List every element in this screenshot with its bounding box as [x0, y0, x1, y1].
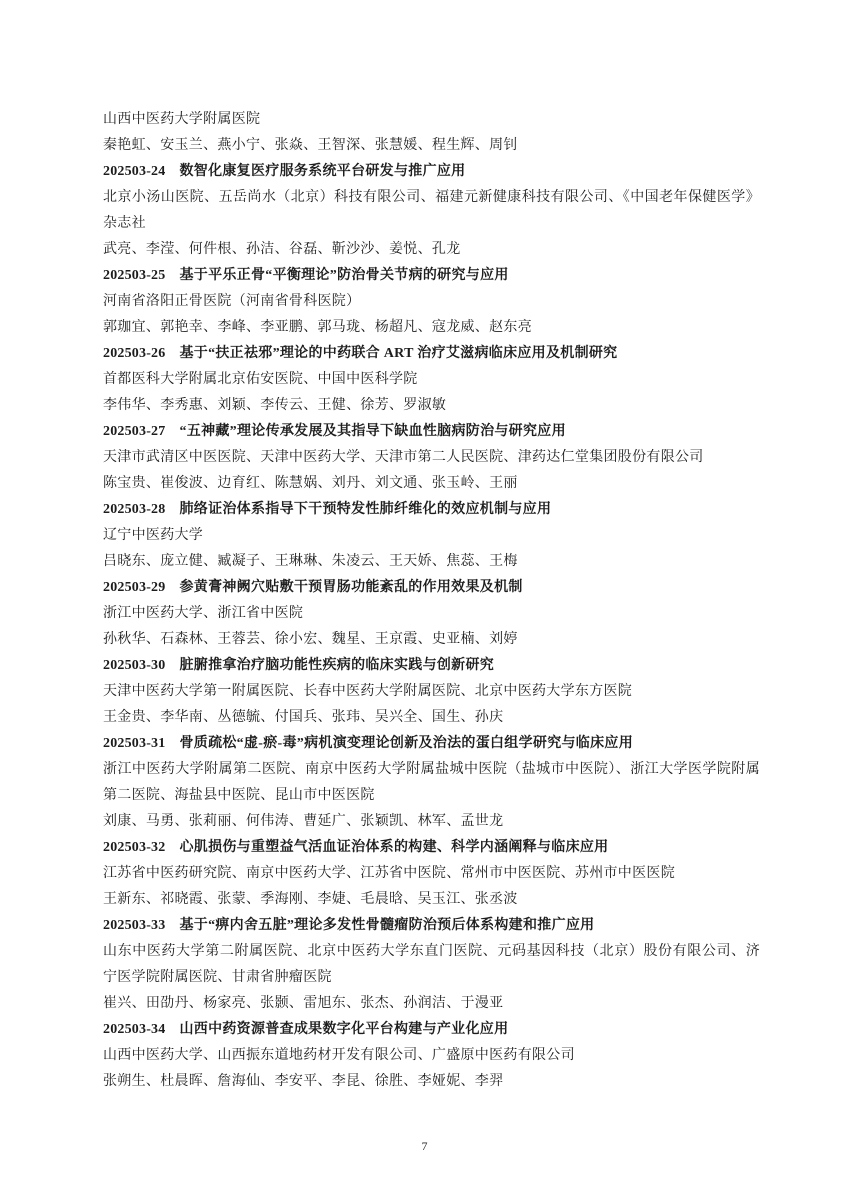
entry-title: 参黄膏神阙穴贴敷干预胃肠功能紊乱的作用效果及机制: [179, 580, 522, 595]
award-entry: 202503-32心肌损伤与重塑益气活血证治体系的构建、科学内涵阐释与临床应用 …: [103, 835, 760, 913]
entry-title: 数智化康复医疗服务系统平台研发与推广应用: [179, 164, 465, 179]
award-entry: 202503-34山西中药资源普查成果数字化平台构建与产业化应用 山西中医药大学…: [103, 1017, 760, 1095]
award-entry: 202503-25基于平乐正骨“平衡理论”防治骨关节病的研究与应用 河南省洛阳正…: [103, 263, 760, 341]
award-entry: 202503-24数智化康复医疗服务系统平台研发与推广应用 北京小汤山医院、五岳…: [103, 159, 760, 263]
entry-title: 脏腑推拿治疗脑功能性疾病的临床实践与创新研究: [179, 658, 494, 673]
entry-heading: 202503-30脏腑推拿治疗脑功能性疾病的临床实践与创新研究: [103, 653, 760, 679]
entry-id: 202503-27: [103, 424, 165, 439]
entry-id: 202503-25: [103, 268, 165, 283]
page-footer: 7: [0, 1137, 849, 1155]
entry-institutions: 浙江中医药大学附属第二医院、南京中医药大学附属盐城中医院（盐城市中医院）、浙江大…: [103, 757, 760, 809]
entry-institutions: 浙江中医药大学、浙江省中医院: [103, 601, 760, 627]
entry-authors: 刘康、马勇、张莉丽、何伟涛、曹延广、张颖凯、林军、孟世龙: [103, 809, 760, 835]
entry-title: 基于“扶正祛邪”理论的中药联合 ART 治疗艾滋病临床应用及机制研究: [179, 346, 617, 361]
award-entry: 202503-30脏腑推拿治疗脑功能性疾病的临床实践与创新研究 天津中医药大学第…: [103, 653, 760, 731]
entry-authors: 陈宝贵、崔俊波、边育红、陈慧娲、刘丹、刘文通、张玉岭、王丽: [103, 471, 760, 497]
entry-heading: 202503-29参黄膏神阙穴贴敷干预胃肠功能紊乱的作用效果及机制: [103, 575, 760, 601]
entry-heading: 202503-24数智化康复医疗服务系统平台研发与推广应用: [103, 159, 760, 185]
entry-title: 山西中药资源普查成果数字化平台构建与产业化应用: [179, 1022, 508, 1037]
entry-institutions: 天津市武清区中医医院、天津中医药大学、天津市第二人民医院、津药达仁堂集团股份有限…: [103, 445, 760, 471]
entry-id: 202503-26: [103, 346, 165, 361]
entry-heading: 202503-25基于平乐正骨“平衡理论”防治骨关节病的研究与应用: [103, 263, 760, 289]
carryover-institutions: 山西中医药大学附属医院: [103, 107, 760, 133]
award-entry: 202503-28肺络证治体系指导下干预特发性肺纤维化的效应机制与应用 辽宁中医…: [103, 497, 760, 575]
carryover-block: 山西中医药大学附属医院 秦艳虹、安玉兰、燕小宁、张焱、王智深、张慧媛、程生辉、周…: [103, 107, 760, 159]
entry-heading: 202503-33基于“痹内舍五脏”理论多发性骨髓瘤防治预后体系构建和推广应用: [103, 913, 760, 939]
award-entry: 202503-27“五神藏”理论传承发展及其指导下缺血性脑病防治与研究应用 天津…: [103, 419, 760, 497]
entry-institutions: 辽宁中医药大学: [103, 523, 760, 549]
entry-authors: 王新东、祁晓霞、张蒙、季海刚、李婕、毛晨晗、吴玉江、张丞波: [103, 887, 760, 913]
entries: 202503-24数智化康复医疗服务系统平台研发与推广应用 北京小汤山医院、五岳…: [103, 159, 760, 1095]
entry-institutions: 天津中医药大学第一附属医院、长春中医药大学附属医院、北京中医药大学东方医院: [103, 679, 760, 705]
entry-authors: 王金贵、李华南、丛德毓、付国兵、张玮、吴兴全、国生、孙庆: [103, 705, 760, 731]
entry-institutions: 江苏省中医药研究院、南京中医药大学、江苏省中医院、常州市中医医院、苏州市中医医院: [103, 861, 760, 887]
entry-institutions: 山西中医药大学、山西振东道地药材开发有限公司、广盛原中医药有限公司: [103, 1043, 760, 1069]
entry-id: 202503-31: [103, 736, 165, 751]
entry-heading: 202503-32心肌损伤与重塑益气活血证治体系的构建、科学内涵阐释与临床应用: [103, 835, 760, 861]
document-content: 山西中医药大学附属医院 秦艳虹、安玉兰、燕小宁、张焱、王智深、张慧媛、程生辉、周…: [103, 107, 760, 1095]
entry-heading: 202503-27“五神藏”理论传承发展及其指导下缺血性脑病防治与研究应用: [103, 419, 760, 445]
entry-id: 202503-32: [103, 840, 165, 855]
award-entry: 202503-33基于“痹内舍五脏”理论多发性骨髓瘤防治预后体系构建和推广应用 …: [103, 913, 760, 1017]
entry-title: 肺络证治体系指导下干预特发性肺纤维化的效应机制与应用: [179, 502, 551, 517]
entry-authors: 武亮、李滢、何件根、孙洁、谷磊、靳沙沙、姜悦、孔龙: [103, 237, 760, 263]
entry-institutions: 首都医科大学附属北京佑安医院、中国中医科学院: [103, 367, 760, 393]
entry-id: 202503-24: [103, 164, 165, 179]
entry-heading: 202503-26基于“扶正祛邪”理论的中药联合 ART 治疗艾滋病临床应用及机…: [103, 341, 760, 367]
entry-authors: 吕晓东、庞立健、臧凝子、王琳琳、朱凌云、王天娇、焦蕊、王梅: [103, 549, 760, 575]
entry-heading: 202503-34山西中药资源普查成果数字化平台构建与产业化应用: [103, 1017, 760, 1043]
entry-institutions: 北京小汤山医院、五岳尚水（北京）科技有限公司、福建元新健康科技有限公司、《中国老…: [103, 185, 760, 237]
document-page: 山西中医药大学附属医院 秦艳虹、安玉兰、燕小宁、张焱、王智深、张慧媛、程生辉、周…: [0, 0, 849, 1200]
entry-id: 202503-34: [103, 1022, 165, 1037]
carryover-authors: 秦艳虹、安玉兰、燕小宁、张焱、王智深、张慧媛、程生辉、周钊: [103, 133, 760, 159]
page-number: 7: [422, 1139, 428, 1153]
entry-institutions: 河南省洛阳正骨医院（河南省骨科医院）: [103, 289, 760, 315]
entry-title: 基于平乐正骨“平衡理论”防治骨关节病的研究与应用: [179, 268, 508, 283]
entry-authors: 李伟华、李秀惠、刘颖、李传云、王健、徐芳、罗淑敏: [103, 393, 760, 419]
entry-id: 202503-33: [103, 918, 165, 933]
entry-heading: 202503-28肺络证治体系指导下干预特发性肺纤维化的效应机制与应用: [103, 497, 760, 523]
entry-authors: 崔兴、田劭丹、杨家亮、张颢、雷旭东、张杰、孙润洁、于漫亚: [103, 991, 760, 1017]
entry-heading: 202503-31骨质疏松“虚-瘀-毒”病机演变理论创新及治法的蛋白组学研究与临…: [103, 731, 760, 757]
entry-title: 心肌损伤与重塑益气活血证治体系的构建、科学内涵阐释与临床应用: [179, 840, 608, 855]
entry-authors: 孙秋华、石森林、王蓉芸、徐小宏、魏星、王京霞、史亚楠、刘婷: [103, 627, 760, 653]
entry-title: 基于“痹内舍五脏”理论多发性骨髓瘤防治预后体系构建和推广应用: [179, 918, 594, 933]
entry-title: 骨质疏松“虚-瘀-毒”病机演变理论创新及治法的蛋白组学研究与临床应用: [179, 736, 633, 751]
entry-title: “五神藏”理论传承发展及其指导下缺血性脑病防治与研究应用: [179, 424, 565, 439]
entry-id: 202503-29: [103, 580, 165, 595]
entry-institutions: 山东中医药大学第二附属医院、北京中医药大学东直门医院、元码基因科技（北京）股份有…: [103, 939, 760, 991]
entry-authors: 郭珈宜、郭艳幸、李峰、李亚鹏、郭马珑、杨超凡、寇龙威、赵东亮: [103, 315, 760, 341]
award-entry: 202503-29参黄膏神阙穴贴敷干预胃肠功能紊乱的作用效果及机制 浙江中医药大…: [103, 575, 760, 653]
entry-authors: 张朔生、杜晨晖、詹海仙、李安平、李昆、徐胜、李娅妮、李羿: [103, 1069, 760, 1095]
entry-id: 202503-28: [103, 502, 165, 517]
award-entry: 202503-26基于“扶正祛邪”理论的中药联合 ART 治疗艾滋病临床应用及机…: [103, 341, 760, 419]
entry-id: 202503-30: [103, 658, 165, 673]
award-entry: 202503-31骨质疏松“虚-瘀-毒”病机演变理论创新及治法的蛋白组学研究与临…: [103, 731, 760, 835]
